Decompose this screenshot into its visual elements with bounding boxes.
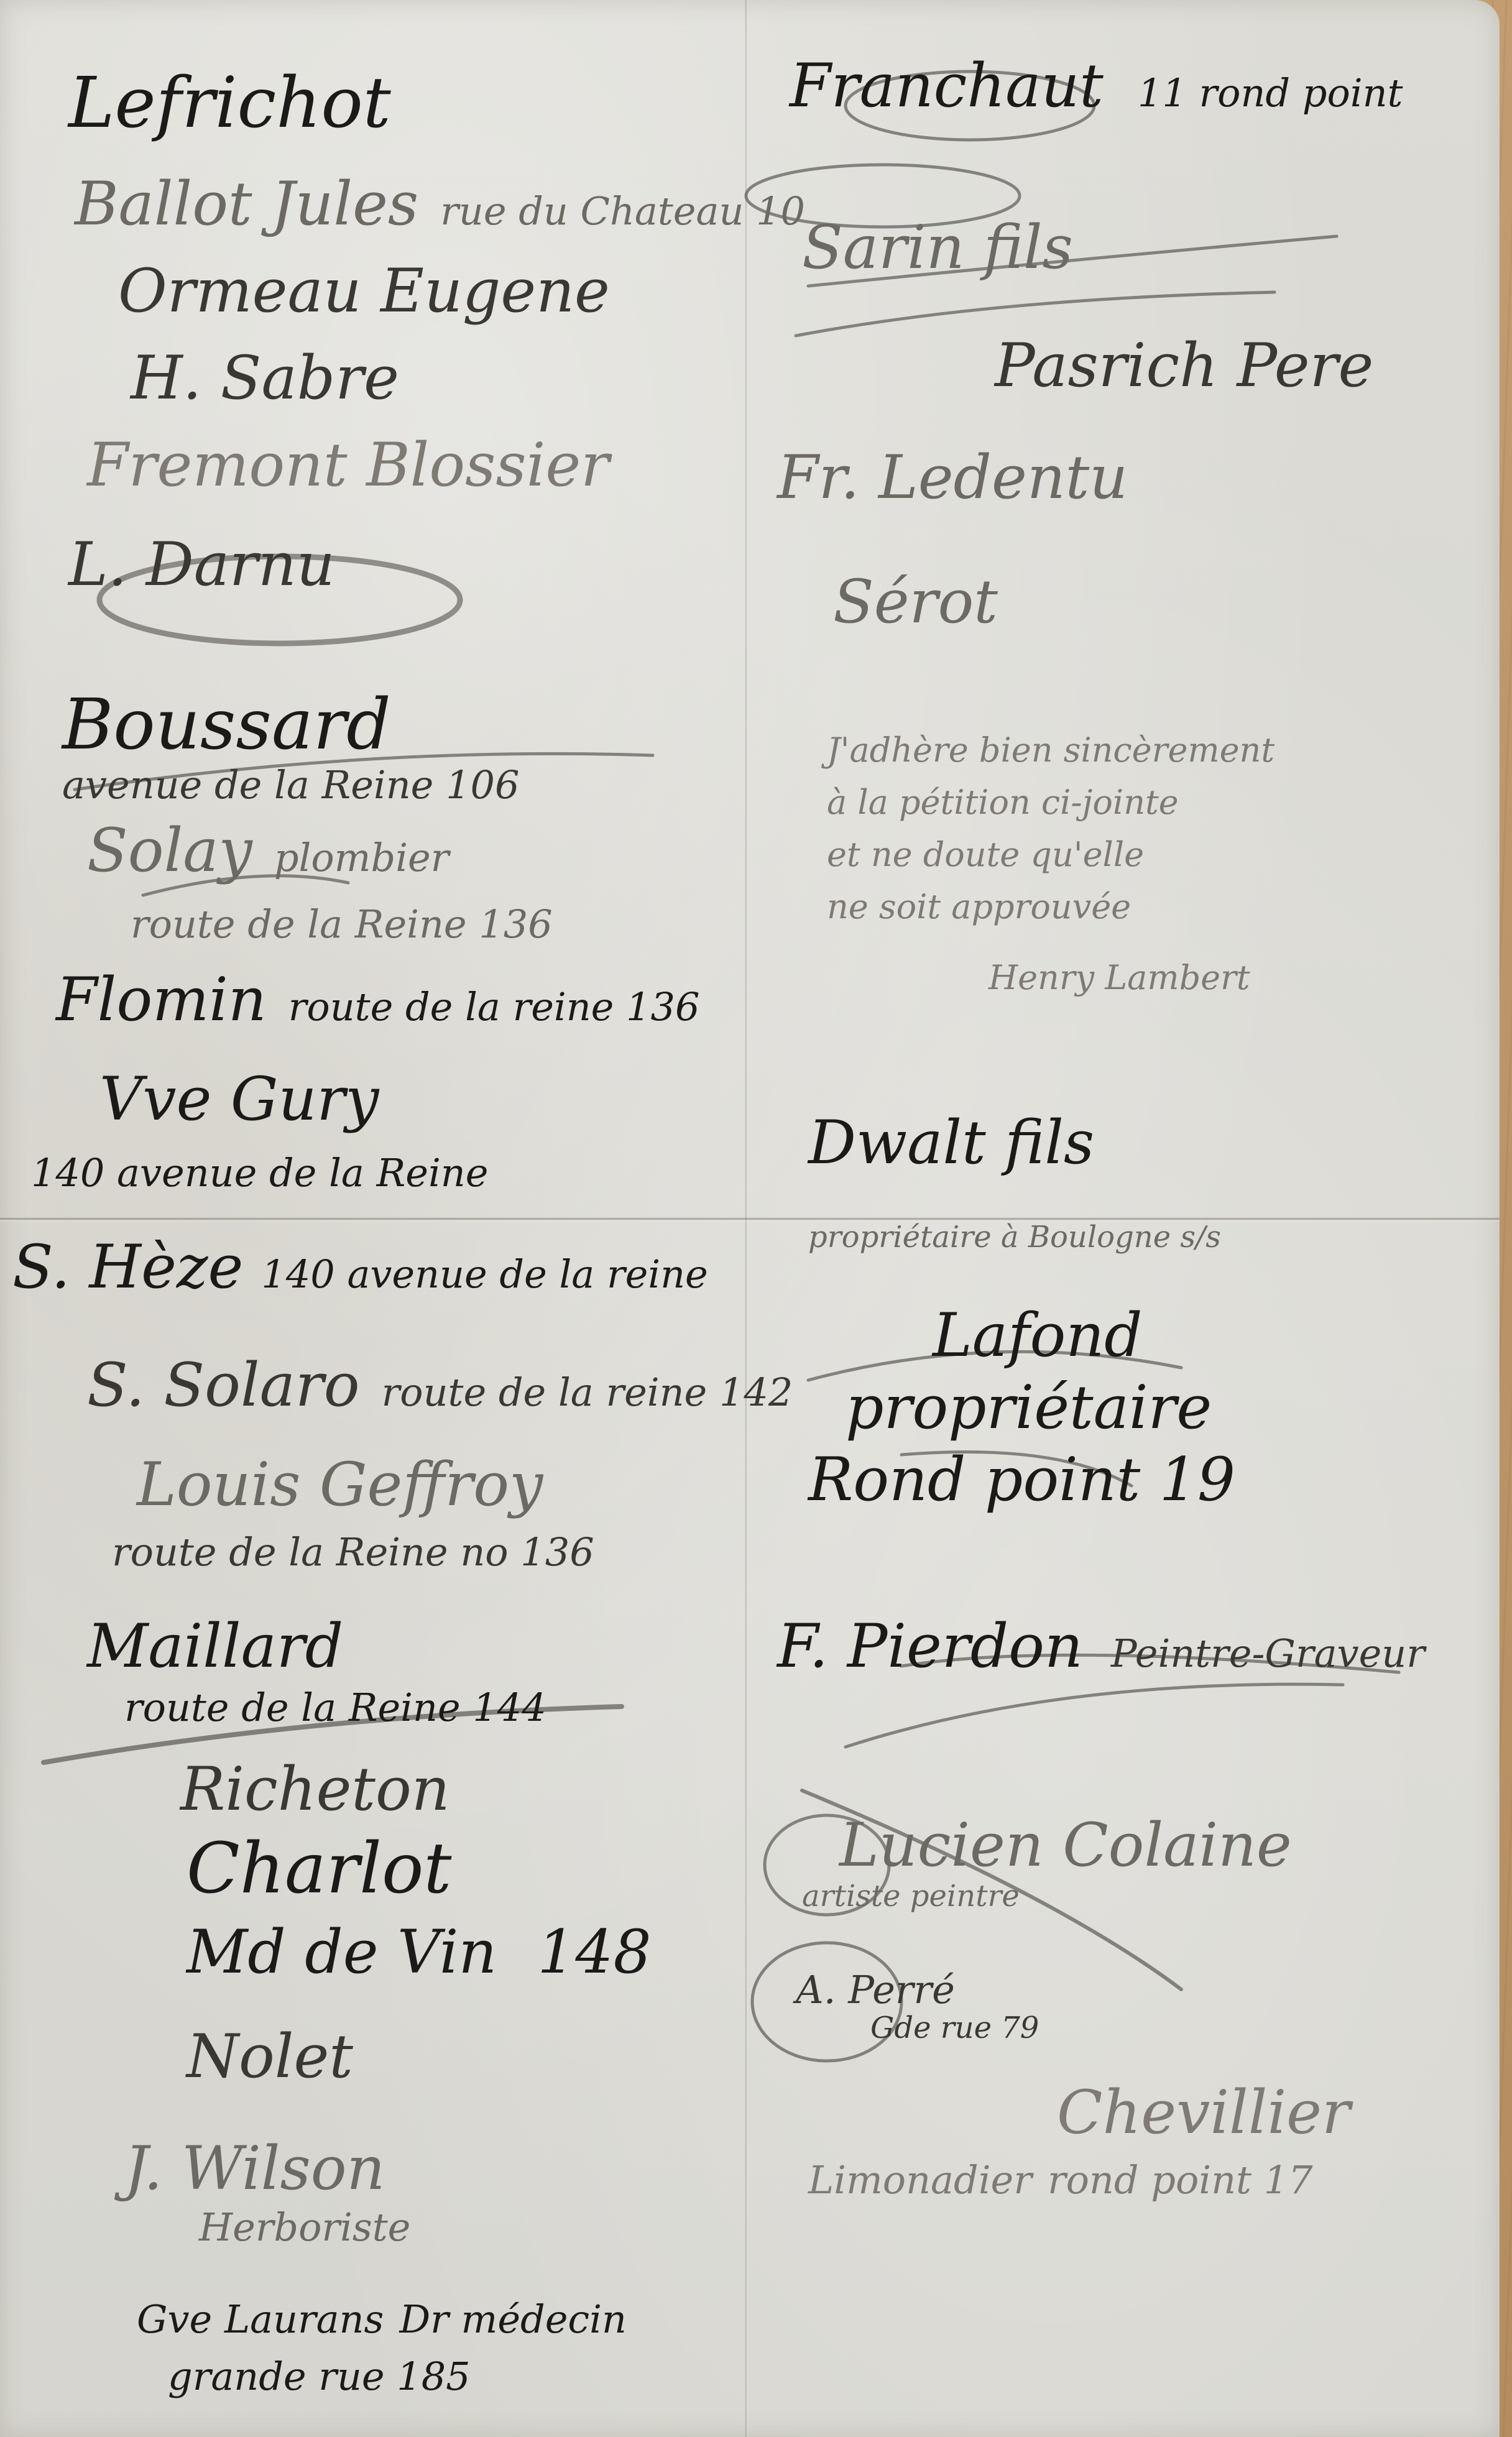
signer-name: A. Perré — [796, 1971, 1039, 2009]
signer-name: Lafond — [933, 1306, 1235, 1365]
signer-name: Solay — [87, 816, 252, 885]
signature-entry: Lucien Colaine artiste peintre — [802, 1815, 1292, 1911]
signature-entry: S. Solaro route de la reine 142 — [87, 1355, 793, 1415]
signature-entry: Fr. Ledentu — [777, 448, 1128, 507]
note-line: à la pétition ci-jointe — [827, 786, 1275, 819]
signer-name: J. Wilson — [124, 2139, 410, 2198]
signer-name: Chevillier — [1057, 2083, 1350, 2142]
signer-occupation: propriétaire à Boulogne s/s — [808, 1222, 1221, 1252]
signature-entry: Ormeau Eugene — [118, 261, 610, 321]
signer-address: rond point 17 — [1048, 2157, 1313, 2203]
signature-entry: Richeton — [180, 1759, 450, 1819]
signer-occupation: plombier — [274, 835, 449, 880]
signer-address: grande rue 185 — [168, 2357, 627, 2396]
signer-name: Sarin fils — [802, 213, 1073, 282]
signature-entry: H. Sabre — [131, 348, 399, 408]
signature-entry: Solay plombier route de la Reine 136 — [87, 821, 553, 944]
signer-address: 140 avenue de la reine — [261, 1251, 708, 1297]
signature-entry: A. Perré Gde rue 79 — [796, 1971, 1039, 2043]
signature-entry: S. Hèze 140 avenue de la reine — [12, 1237, 708, 1297]
signer-name: Fr. Ledentu — [777, 443, 1128, 512]
signature-entry: Louis Geffroy route de la Reine no 136 — [137, 1455, 594, 1572]
signer-occupation: Limonadier — [808, 2157, 1032, 2203]
signature-entry: Pasrich Pere — [995, 336, 1373, 395]
signer-name: Sérot — [833, 567, 998, 637]
note-line: J'adhère bien sincèrement — [827, 734, 1275, 767]
signature-entry: Charlot Md de Vin 148 — [187, 1834, 652, 1982]
signer-address: 11 rond point — [1138, 70, 1403, 116]
signer-name: Franchaut — [790, 51, 1104, 121]
signer-name: S. Solaro — [87, 1350, 360, 1420]
signature-entry: Boussard avenue de la Reine 106 — [62, 690, 519, 804]
signer-name: Ballot Jules — [75, 169, 418, 239]
signer-occupation: artiste peintre — [802, 1881, 1292, 1911]
signer-name: Dwalt fils — [808, 1113, 1221, 1172]
signer-name: Lucien Colaine — [839, 1815, 1292, 1875]
signer-address: route de la reine 136 — [288, 984, 700, 1030]
signer-address: rue du Chateau 10 — [440, 188, 805, 234]
signature-entry: L. Darnu — [68, 535, 335, 594]
signature-entry: Maillard route de la Reine 144 — [87, 1616, 546, 1727]
signer-name: Gve Laurans — [137, 2296, 384, 2342]
note-signature: Henry Lambert — [989, 961, 1275, 995]
signature-entry: F. Pierdon Peintre-Graveur — [777, 1616, 1425, 1676]
signer-address: Rond point 19 — [808, 1450, 1235, 1509]
note-line: ne soit approuvée — [827, 890, 1275, 924]
signer-address: 140 avenue de la Reine — [31, 1154, 488, 1192]
signer-name: Nolet — [187, 2022, 353, 2091]
signer-name: Charlot — [187, 1834, 652, 1904]
horizontal-fold-line — [0, 1217, 1500, 1222]
signer-name: Louis Geffroy — [137, 1455, 594, 1514]
signer-name: Richeton — [180, 1754, 450, 1824]
signer-name: Fremont Blossier — [87, 430, 609, 500]
signature-entry: Sarin fils — [802, 218, 1073, 277]
signer-occupation: Peintre-Graveur — [1111, 1631, 1425, 1676]
signer-address: 148 — [537, 1917, 651, 1987]
signer-address: avenue de la Reine 106 — [62, 766, 519, 804]
signer-name: Vve Gury — [99, 1069, 488, 1129]
signature-entry: Sérot — [833, 572, 998, 632]
signature-entry: Ballot Jules rue du Chateau 10 — [75, 174, 805, 234]
signature-entry: J. Wilson Herboriste — [124, 2139, 410, 2247]
signer-occupation: Herboriste — [199, 2208, 410, 2247]
signature-entry: Lafond propriétaire Rond point 19 — [808, 1306, 1235, 1509]
signature-entry: Flomin route de la reine 136 — [56, 970, 699, 1030]
signer-address: Gde rue 79 — [870, 2013, 1039, 2043]
signature-entry: Dwalt fils propriétaire à Boulogne s/s — [808, 1113, 1221, 1252]
signature-entry: Fremont Blossier — [87, 435, 609, 495]
signer-name: H. Sabre — [131, 343, 399, 413]
signer-name: F. Pierdon — [777, 1611, 1083, 1681]
signer-address: route de la Reine 144 — [124, 1688, 546, 1727]
note-line: et ne doute qu'elle — [827, 838, 1275, 872]
signer-name: L. Darnu — [68, 530, 335, 599]
signer-occupation: Dr médecin — [399, 2296, 626, 2342]
signature-entry: Nolet — [187, 2027, 353, 2086]
pencil-note: J'adhère bien sincèrement à la pétition … — [827, 734, 1275, 995]
signer-occupation: Md de Vin — [187, 1917, 497, 1987]
signer-name: S. Hèze — [12, 1232, 243, 1302]
signer-name: Ormeau Eugene — [118, 256, 610, 326]
signature-entry: Lefrichot — [68, 68, 391, 138]
signature-entry: Vve Gury 140 avenue de la Reine — [31, 1069, 488, 1192]
signer-address: route de la Reine 136 — [131, 905, 553, 944]
signature-entry: Gve Laurans Dr médecin grande rue 185 — [137, 2300, 627, 2396]
signer-name: Maillard — [87, 1616, 546, 1676]
signer-name: Boussard — [62, 690, 519, 760]
signature-entry: Franchaut 11 rond point — [790, 56, 1403, 116]
signer-name: Lefrichot — [68, 63, 391, 144]
signature-entry: Chevillier Limonadier rond point 17 — [808, 2083, 1350, 2200]
signer-name: Pasrich Pere — [995, 331, 1373, 400]
signer-occupation: propriétaire — [846, 1378, 1235, 1437]
signer-address: route de la Reine no 136 — [112, 1533, 594, 1572]
signer-address: route de la reine 142 — [382, 1370, 793, 1415]
signer-name: Flomin — [56, 965, 267, 1034]
